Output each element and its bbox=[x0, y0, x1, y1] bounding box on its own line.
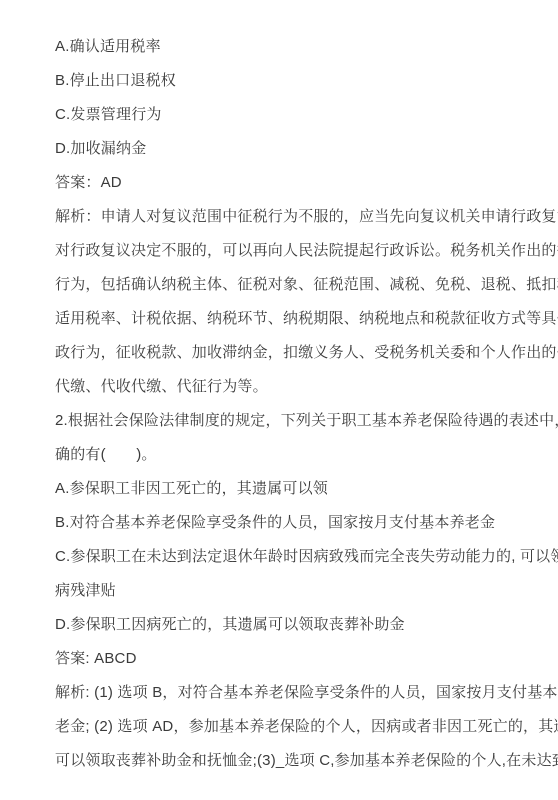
q1-analysis-line-5: 政行为，征收税款、加收滞纳金，扣缴义务人、受税务机关委和个人作出的代扣 bbox=[55, 336, 510, 370]
q2-stem-line-1: 2.根据社会保险法律制度的规定，下列关于职工基本养老保险待遇的表述中，正 bbox=[55, 404, 510, 438]
q1-analysis-line-4: 适用税率、计税依据、纳税环节、纳税期限、纳税地点和税款征收方式等具体行 bbox=[55, 302, 510, 336]
q2-answer: 答案: ABCD bbox=[55, 642, 510, 676]
q1-analysis-line-6: 代缴、代收代缴、代征行为等。 bbox=[55, 370, 510, 404]
q2-option-a: A.参保职工非因工死亡的，其遗属可以领 bbox=[55, 472, 510, 506]
q2-option-d: D.参保职工因病死亡的，其遗属可以领取丧葬补助金 bbox=[55, 608, 510, 642]
q1-option-d: D.加收漏纳金 bbox=[55, 132, 510, 166]
q1-answer: 答案：AD bbox=[55, 166, 510, 200]
q2-option-b: B.对符合基本养老保险享受条件的人员，国家按月支付基本养老金 bbox=[55, 506, 510, 540]
document-text: A.确认适用税率B.停止出口退税权C.发票管理行为D.加收漏纳金答案：AD解析：… bbox=[55, 30, 510, 778]
q2-option-c-line-2: 病残津贴 bbox=[55, 574, 510, 608]
q2-analysis-line-1: 解析: (1) 选项 B，对符合基本养老保险享受条件的人员，国家按月支付基本养 bbox=[55, 676, 510, 710]
q1-option-c: C.发票管理行为 bbox=[55, 98, 510, 132]
q2-stem-line-2: 确的有( )。 bbox=[55, 438, 510, 472]
q1-analysis-line-3: 行为，包括确认纳税主体、征税对象、征税范围、减税、免税、退税、抵扣税款、 bbox=[55, 268, 510, 302]
q1-option-b: B.停止出口退税权 bbox=[55, 64, 510, 98]
q1-analysis-line-1: 解析：申请人对复议范围中征税行为不服的，应当先向复议机关申请行政复议， bbox=[55, 200, 510, 234]
q2-analysis-line-3: 可以领取丧葬补助金和抚恤金;(3)_选项 C,参加基本养老保险的个人,在未达到法 bbox=[55, 744, 510, 778]
q1-option-a: A.确认适用税率 bbox=[55, 30, 510, 64]
document-page: A.确认适用税率B.停止出口退税权C.发票管理行为D.加收漏纳金答案：AD解析：… bbox=[0, 0, 558, 800]
q2-option-c-line-1: C.参保职工在未达到法定退休年龄时因病致残而完全丧失劳动能力的, 可以领取 bbox=[55, 540, 510, 574]
q2-analysis-line-2: 老金; (2) 选项 AD，参加基本养老保险的个人，因病或者非因工死亡的，其遗属 bbox=[55, 710, 510, 744]
q1-analysis-line-2: 对行政复议决定不服的，可以再向人民法院提起行政诉讼。税务机关作出的征税 bbox=[55, 234, 510, 268]
